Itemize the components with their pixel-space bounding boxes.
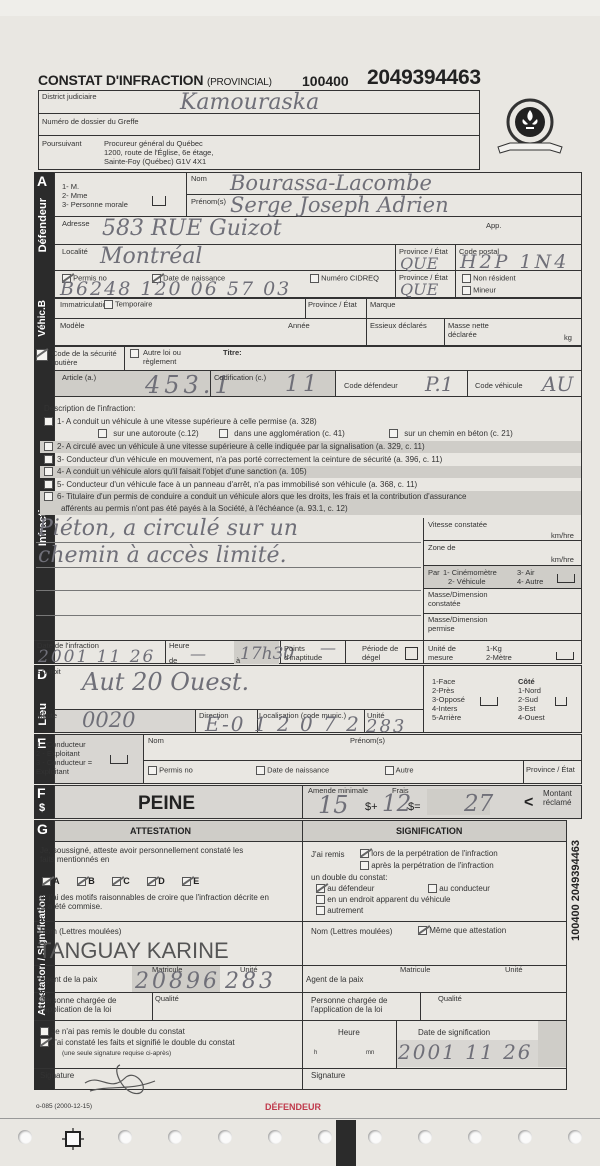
option-1-checkbox[interactable] bbox=[44, 417, 53, 426]
option-6-label: 6- Titulaire d'un permis de conduire a c… bbox=[57, 492, 467, 501]
section-b-sidebar: Véhic.B bbox=[34, 298, 54, 346]
option-5-checkbox[interactable] bbox=[44, 480, 53, 489]
district-label: District judiciaire bbox=[42, 93, 97, 102]
double-option-1[interactable]: au défendeur bbox=[316, 884, 374, 893]
attest-section-c[interactable]: C bbox=[112, 876, 130, 886]
une-signature-note: (une seule signature requise ci-après) bbox=[62, 1050, 171, 1057]
officer-signature[interactable] bbox=[80, 1063, 170, 1103]
localisation-value[interactable]: -0 1 2 0 7 2 bbox=[222, 714, 361, 734]
non-resident-label: Non résident bbox=[473, 273, 516, 282]
registration-bar bbox=[336, 1120, 356, 1166]
conductor-autre-option[interactable]: Autre bbox=[385, 766, 414, 775]
sig-matricule-label: Matricule bbox=[400, 966, 430, 975]
perforation-hole bbox=[468, 1130, 482, 1144]
nom-label: Nom bbox=[191, 175, 207, 184]
perforation-hole bbox=[418, 1130, 432, 1144]
form-number: 2049394463 bbox=[367, 66, 481, 90]
attest-nom-value[interactable]: TANGUAY KARINE bbox=[38, 940, 229, 962]
crosshair-icon bbox=[62, 1128, 84, 1150]
description-handwritten-line-1[interactable]: Piéton, a circulé sur un bbox=[38, 518, 298, 540]
prenoms-label: Prénom(s) bbox=[191, 198, 226, 207]
section-a-letter: A bbox=[37, 173, 47, 189]
poursuivant-label: Poursuivant bbox=[42, 140, 82, 149]
code-vehicule-value[interactable]: AU bbox=[542, 374, 573, 394]
id-number-value[interactable]: B6248 120 06 57 03 bbox=[60, 280, 291, 299]
temporaire-label: Temporaire bbox=[115, 299, 153, 308]
attest-unite-value[interactable]: 283 bbox=[225, 971, 276, 993]
cidreq-checkbox[interactable] bbox=[310, 274, 319, 283]
heure-label: Heure bbox=[169, 642, 189, 651]
sig-qualite-label: Qualité bbox=[438, 995, 462, 1004]
section-g-letter: G bbox=[37, 821, 48, 837]
par-option-2: 2- Véhicule bbox=[448, 578, 486, 587]
masse-permise-label: Masse/Dimension permise bbox=[428, 616, 498, 633]
autre-loi-option[interactable] bbox=[130, 349, 139, 358]
cidreq-label: Numéro CIDREQ bbox=[321, 273, 379, 282]
code-securite-checkbox[interactable] bbox=[36, 349, 48, 361]
autre-loi-label: Autre loi ou règlement bbox=[143, 349, 198, 366]
sub-agglomeration-label: dans une agglomération (c. 41) bbox=[234, 429, 345, 438]
option-6-checkbox[interactable] bbox=[44, 492, 53, 501]
attest-nom-label: Nom (Lettres moulées) bbox=[40, 927, 121, 936]
sub-autoroute-checkbox[interactable] bbox=[98, 429, 107, 438]
double-option-2[interactable]: au conducteur bbox=[428, 884, 490, 893]
prenoms-value[interactable]: Serge Joseph Adrien bbox=[230, 195, 449, 216]
perforation-hole bbox=[268, 1130, 282, 1144]
titre-label: Titre: bbox=[223, 349, 242, 358]
option-3-checkbox[interactable] bbox=[44, 455, 53, 464]
temporaire-checkbox[interactable] bbox=[104, 300, 113, 309]
police-seal-icon bbox=[490, 95, 570, 160]
conductor-permis-checkbox[interactable] bbox=[148, 766, 157, 775]
frais-prefix: $+ bbox=[365, 801, 378, 813]
route-label: Route bbox=[37, 712, 57, 721]
h-label: h bbox=[314, 1050, 317, 1057]
agent-label: Agent de la paix bbox=[40, 975, 97, 984]
section-b-title: Véhic.B bbox=[37, 300, 48, 337]
masse-label: Masse nette déclarée bbox=[448, 322, 508, 339]
zone-label: Zone de bbox=[428, 544, 456, 553]
option-6-continuation: afférents au permis n'ont pas été payés … bbox=[44, 504, 348, 513]
conductor-prenoms-label: Prénom(s) bbox=[350, 737, 385, 746]
masse-unit: kg bbox=[564, 334, 572, 343]
district-value[interactable]: Kamouraska bbox=[180, 92, 319, 114]
double-option-4[interactable]: autrement bbox=[316, 906, 363, 915]
code-securite-label: Code de la sécurité routière bbox=[52, 350, 122, 367]
sub-options: sur une autoroute (c.12) dans une agglom… bbox=[40, 428, 581, 440]
role-field[interactable] bbox=[110, 755, 128, 764]
frais-value[interactable]: 12 bbox=[382, 793, 411, 816]
sub-beton-checkbox[interactable] bbox=[389, 429, 398, 438]
attest-text-2: et j'ai des motifs raisonnables de croir… bbox=[40, 893, 270, 911]
attest-signature-label: Signature bbox=[40, 1071, 74, 1080]
perforation-hole bbox=[168, 1130, 182, 1144]
infraction-option-2[interactable]: 2- A circulé avec un véhicule à une vite… bbox=[40, 441, 581, 453]
sub-beton-label: sur un chemin en béton (c. 21) bbox=[404, 429, 513, 438]
temporaire-option[interactable]: Temporaire bbox=[104, 300, 152, 309]
position-option-5: 5-Arrière bbox=[432, 714, 461, 723]
remis-option-1[interactable]: lors de la perpétration de l'infraction bbox=[360, 849, 498, 858]
attestation-header: ATTESTATION bbox=[130, 826, 191, 836]
conductor-permis-option[interactable]: Permis no bbox=[148, 766, 193, 775]
par-option-4: 4- Autre bbox=[517, 578, 543, 587]
codification-label: Codification (c.) bbox=[214, 374, 266, 383]
infraction-option-3[interactable]: 3- Conducteur d'un véhicule en mouvement… bbox=[40, 454, 581, 466]
position-field[interactable] bbox=[480, 697, 498, 706]
modele-label: Modèle bbox=[60, 322, 85, 331]
civility-field[interactable] bbox=[152, 196, 166, 206]
scan-top-edge bbox=[0, 0, 600, 16]
attest-section-b[interactable]: B bbox=[77, 876, 95, 886]
infraction-option-1[interactable]: 1- A conduit un véhicule à une vitesse s… bbox=[40, 416, 581, 428]
total-value[interactable]: 27 bbox=[464, 793, 493, 816]
degel-checkbox[interactable] bbox=[405, 647, 418, 660]
zone-unit: km/hre bbox=[551, 556, 574, 565]
marque-label: Marque bbox=[370, 301, 395, 310]
qualite-label: Qualité bbox=[155, 995, 179, 1004]
arrow-icon: < bbox=[524, 794, 533, 812]
conductor-permis-label: Permis no bbox=[159, 765, 193, 774]
infraction-option-6[interactable]: 6- Titulaire d'un permis de conduire a c… bbox=[40, 491, 581, 515]
signification-header: SIGNIFICATION bbox=[396, 826, 462, 836]
sig-unite-label: Unité bbox=[505, 966, 523, 975]
conductor-autre-label: Autre bbox=[396, 765, 414, 774]
infraction-option-5[interactable]: 5- Conducteur d'un véhicule face à un pa… bbox=[40, 479, 581, 491]
mineur-checkbox[interactable] bbox=[462, 286, 471, 295]
date-sig-value[interactable]: 2001 11 26 bbox=[398, 1042, 533, 1062]
endroit-value[interactable]: Aut 20 Ouest. bbox=[82, 670, 249, 694]
cidreq-option[interactable]: Numéro CIDREQ bbox=[310, 274, 379, 283]
copy-label: DÉFENDEUR bbox=[265, 1102, 321, 1112]
attest-text-1: Je, soussigné, atteste avoir personnelle… bbox=[40, 846, 250, 864]
conductor-province-label: Province / État bbox=[526, 766, 575, 775]
remis-label: J'ai remis bbox=[311, 850, 345, 859]
essieux-label: Essieux déclarés bbox=[370, 322, 430, 331]
matricule-value[interactable]: 20896 bbox=[135, 971, 220, 993]
vitesse-unit: km/hre bbox=[551, 532, 574, 541]
nom-value[interactable]: Bourassa-Lacombe bbox=[230, 173, 432, 194]
unite-field[interactable] bbox=[556, 652, 574, 660]
citation-form: CONSTAT D'INFRACTION (PROVINCIAL) 100400… bbox=[0, 0, 600, 1166]
adresse-value[interactable]: 583 RUE Guizot bbox=[102, 218, 282, 240]
perforation-hole bbox=[368, 1130, 382, 1144]
route-value[interactable]: 0020 bbox=[82, 710, 135, 731]
non-remis-option[interactable]: Je n'ai pas remis le double du constat bbox=[40, 1027, 185, 1036]
form-code: o-085 (2000-12-15) bbox=[36, 1103, 92, 1110]
annee-label: Année bbox=[288, 322, 310, 331]
peine-label: PEINE bbox=[138, 793, 195, 815]
perforation-hole bbox=[118, 1130, 132, 1144]
double-label: un double du constat: bbox=[311, 873, 388, 882]
province2-value[interactable]: QUE bbox=[400, 282, 438, 298]
section-f-letter: F bbox=[37, 785, 46, 801]
province-value[interactable]: QUE bbox=[400, 256, 438, 272]
localite-label: Localité bbox=[62, 248, 88, 257]
form-prefix: 100400 bbox=[302, 73, 349, 89]
constate-option[interactable]: J'ai constaté les faits et signifié le d… bbox=[40, 1038, 235, 1047]
autre-loi-checkbox[interactable] bbox=[130, 349, 139, 358]
section-f-sidebar: F $ bbox=[34, 785, 54, 819]
mineur-label: Mineur bbox=[473, 285, 496, 294]
form-title: CONSTAT D'INFRACTION (PROVINCIAL) bbox=[38, 72, 272, 88]
personne-label: Personne chargée de l'application de la … bbox=[40, 996, 140, 1014]
date-sig-shade bbox=[538, 1021, 566, 1067]
dossier-label: Numéro de dossier du Greffe bbox=[42, 118, 139, 127]
vehicle-province-label: Province / État bbox=[308, 301, 357, 310]
infraction-option-4[interactable]: 4- A conduit un véhicule alors qu'il fai… bbox=[40, 466, 581, 478]
sig-nom-label: Nom (Lettres moulées) bbox=[311, 927, 392, 936]
non-resident-option[interactable]: Non résident bbox=[462, 274, 516, 283]
option-1-label: 1- A conduit un véhicule à une vitesse s… bbox=[57, 417, 317, 426]
direction-value[interactable]: E bbox=[205, 714, 220, 734]
conductor-naissance-option[interactable]: Date de naissance bbox=[256, 766, 329, 775]
description-handwritten-line-2[interactable]: chemin à accès limité. bbox=[38, 545, 287, 567]
perforation-hole bbox=[318, 1130, 332, 1144]
montant-label: Montant réclamé bbox=[543, 789, 581, 807]
non-resident-checkbox[interactable] bbox=[462, 274, 471, 283]
title-suffix: (PROVINCIAL) bbox=[207, 77, 272, 88]
amende-value[interactable]: 15 bbox=[318, 793, 349, 817]
perforation-hole bbox=[18, 1130, 32, 1144]
cote-field[interactable] bbox=[555, 697, 567, 706]
attest-sections: A B C D E bbox=[42, 876, 199, 886]
option-3-label: 3- Conducteur d'un véhicule en mouvement… bbox=[57, 455, 442, 464]
side-number: 100400 2049394463 bbox=[570, 840, 590, 1030]
date-sig-label: Date de signification bbox=[418, 1028, 490, 1037]
conductor-naissance-label: Date de naissance bbox=[267, 765, 329, 774]
cote-option-4: 4-Ouest bbox=[518, 714, 545, 723]
attest-section-e[interactable]: E bbox=[182, 876, 200, 886]
meme-option[interactable]: Même que attestation bbox=[418, 926, 506, 935]
description-label: Description de l'infraction: bbox=[44, 404, 135, 413]
sig-personne-label: Personne chargée de l'application de la … bbox=[311, 996, 411, 1014]
role-option-3: 3 - Conducteur = Exploitant bbox=[36, 759, 98, 776]
par-label: Par bbox=[428, 569, 440, 578]
sig-signature-label: Signature bbox=[311, 1071, 345, 1080]
degel-label: Période de dégel bbox=[362, 645, 402, 662]
conductor-naissance-checkbox[interactable] bbox=[256, 766, 265, 775]
title-text: CONSTAT D'INFRACTION bbox=[38, 72, 203, 88]
heure-sig-label: Heure bbox=[338, 1028, 360, 1037]
par-field[interactable] bbox=[557, 574, 575, 583]
section-a-sidebar: A Défendeur bbox=[34, 172, 54, 298]
option-4-checkbox[interactable] bbox=[44, 467, 53, 476]
sub-autoroute-label: sur une autoroute (c.12) bbox=[113, 429, 198, 438]
attest-section-a[interactable]: A bbox=[42, 876, 60, 886]
code-defendeur-value[interactable]: P.1 bbox=[425, 374, 454, 394]
endroit-label: Endroit bbox=[37, 668, 61, 677]
code-option[interactable] bbox=[36, 349, 48, 361]
unite-mesure-label: Unité de mesure bbox=[428, 645, 464, 662]
app-label: App. bbox=[486, 222, 501, 231]
code-postal-value[interactable]: H2P 1N4 bbox=[460, 253, 569, 272]
article-label: Article (a.) bbox=[62, 374, 96, 383]
unite-option-2: 2-Mètre bbox=[486, 654, 512, 663]
perforation-hole bbox=[218, 1130, 232, 1144]
attest-section-d[interactable]: D bbox=[147, 876, 165, 886]
section-a-title: Défendeur bbox=[37, 198, 49, 252]
masse-constatee-label: Masse/Dimension constatée bbox=[428, 591, 498, 608]
sub-agglomeration-checkbox[interactable] bbox=[219, 429, 228, 438]
total-prefix: $= bbox=[408, 801, 421, 813]
heure-de-value[interactable]: — bbox=[190, 646, 206, 662]
mineur-option[interactable]: Mineur bbox=[462, 286, 496, 295]
remis-option-2[interactable]: après la perpétration de l'infraction bbox=[360, 861, 494, 870]
option-2-label: 2- A circulé avec un véhicule à une vite… bbox=[57, 442, 425, 451]
option-4-label: 4- A conduit un véhicule alors qu'il fai… bbox=[57, 467, 307, 476]
conductor-nom-label: Nom bbox=[148, 737, 164, 746]
vitesse-label: Vitesse constatée bbox=[428, 521, 487, 530]
perforation-hole bbox=[568, 1130, 582, 1144]
adresse-label: Adresse bbox=[62, 220, 90, 229]
date-infraction-value[interactable]: 2001 11 26 bbox=[38, 649, 155, 666]
localite-value[interactable]: Montréal bbox=[100, 246, 202, 268]
conductor-autre-checkbox[interactable] bbox=[385, 766, 394, 775]
option-2-checkbox[interactable] bbox=[44, 442, 53, 451]
civility-option-3: 3- Personne morale bbox=[62, 201, 128, 210]
option-5-label: 5- Conducteur d'un véhicule face à un pa… bbox=[57, 480, 417, 489]
poursuivant-line-3: Sainte-Foy (Québec) G1V 4X1 bbox=[104, 158, 206, 167]
mn-label: mn bbox=[366, 1050, 374, 1057]
perforation-hole bbox=[518, 1130, 532, 1144]
codification-value[interactable]: 11 bbox=[285, 374, 321, 396]
dollar-icon: $ bbox=[39, 802, 45, 814]
points-value[interactable]: — bbox=[320, 640, 336, 656]
points-label: Points d'inaptitude bbox=[284, 645, 324, 662]
code-vehicule-label: Code véhicule bbox=[475, 382, 523, 391]
double-option-3[interactable]: en un endroit apparent du véhicule bbox=[316, 895, 450, 904]
code-defendeur-label: Code défendeur bbox=[344, 382, 398, 391]
sig-agent-label: Agent de la paix bbox=[306, 975, 363, 984]
